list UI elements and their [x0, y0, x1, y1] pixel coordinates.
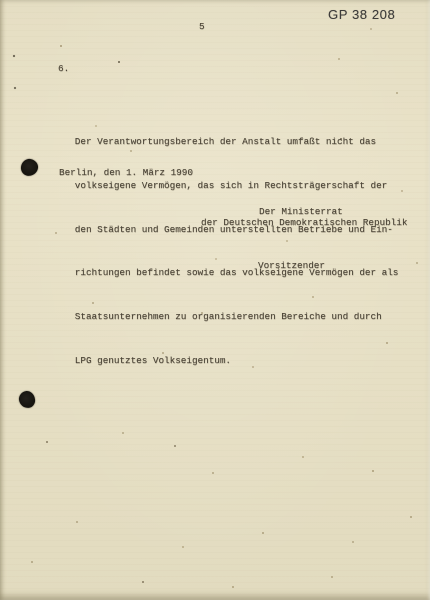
document-number-stamp: GP 38 208	[328, 7, 395, 22]
signature-title: Vorsitzender	[258, 260, 325, 271]
clause-line-4: richtungen befindet sowie das volkseigen…	[75, 266, 399, 281]
document-page: GP 38 208 5 6. Der Verantwortungsbereich…	[0, 0, 430, 600]
clause-6: 6. Der Verantwortungsbereich der Anstalt…	[58, 62, 398, 427]
clause-line-2: volkseigene Vermögen, das sich in Rechts…	[75, 179, 399, 194]
clause-line-6: LPG genutztes Volkseigentum.	[75, 354, 399, 369]
clause-text: Der Verantwortungsbereich der Anstalt um…	[75, 106, 399, 398]
issuer-line-2: der Deutschen Demokratischen Republik	[201, 217, 407, 228]
page-number: 5	[199, 21, 205, 32]
clause-line-5: Staatsunternehmen zu organisierenden Ber…	[75, 310, 399, 325]
paper-speckle-texture	[0, 0, 2, 2]
hole-punch-bottom	[18, 390, 36, 409]
dateline: Berlin, den 1. März 1990	[59, 167, 193, 178]
clause-number: 6.	[58, 62, 69, 77]
clause-line-1: Der Verantwortungsbereich der Anstalt um…	[75, 135, 399, 150]
hole-punch-top	[20, 158, 39, 177]
issuer-line-1: Der Ministerrat	[259, 206, 343, 217]
